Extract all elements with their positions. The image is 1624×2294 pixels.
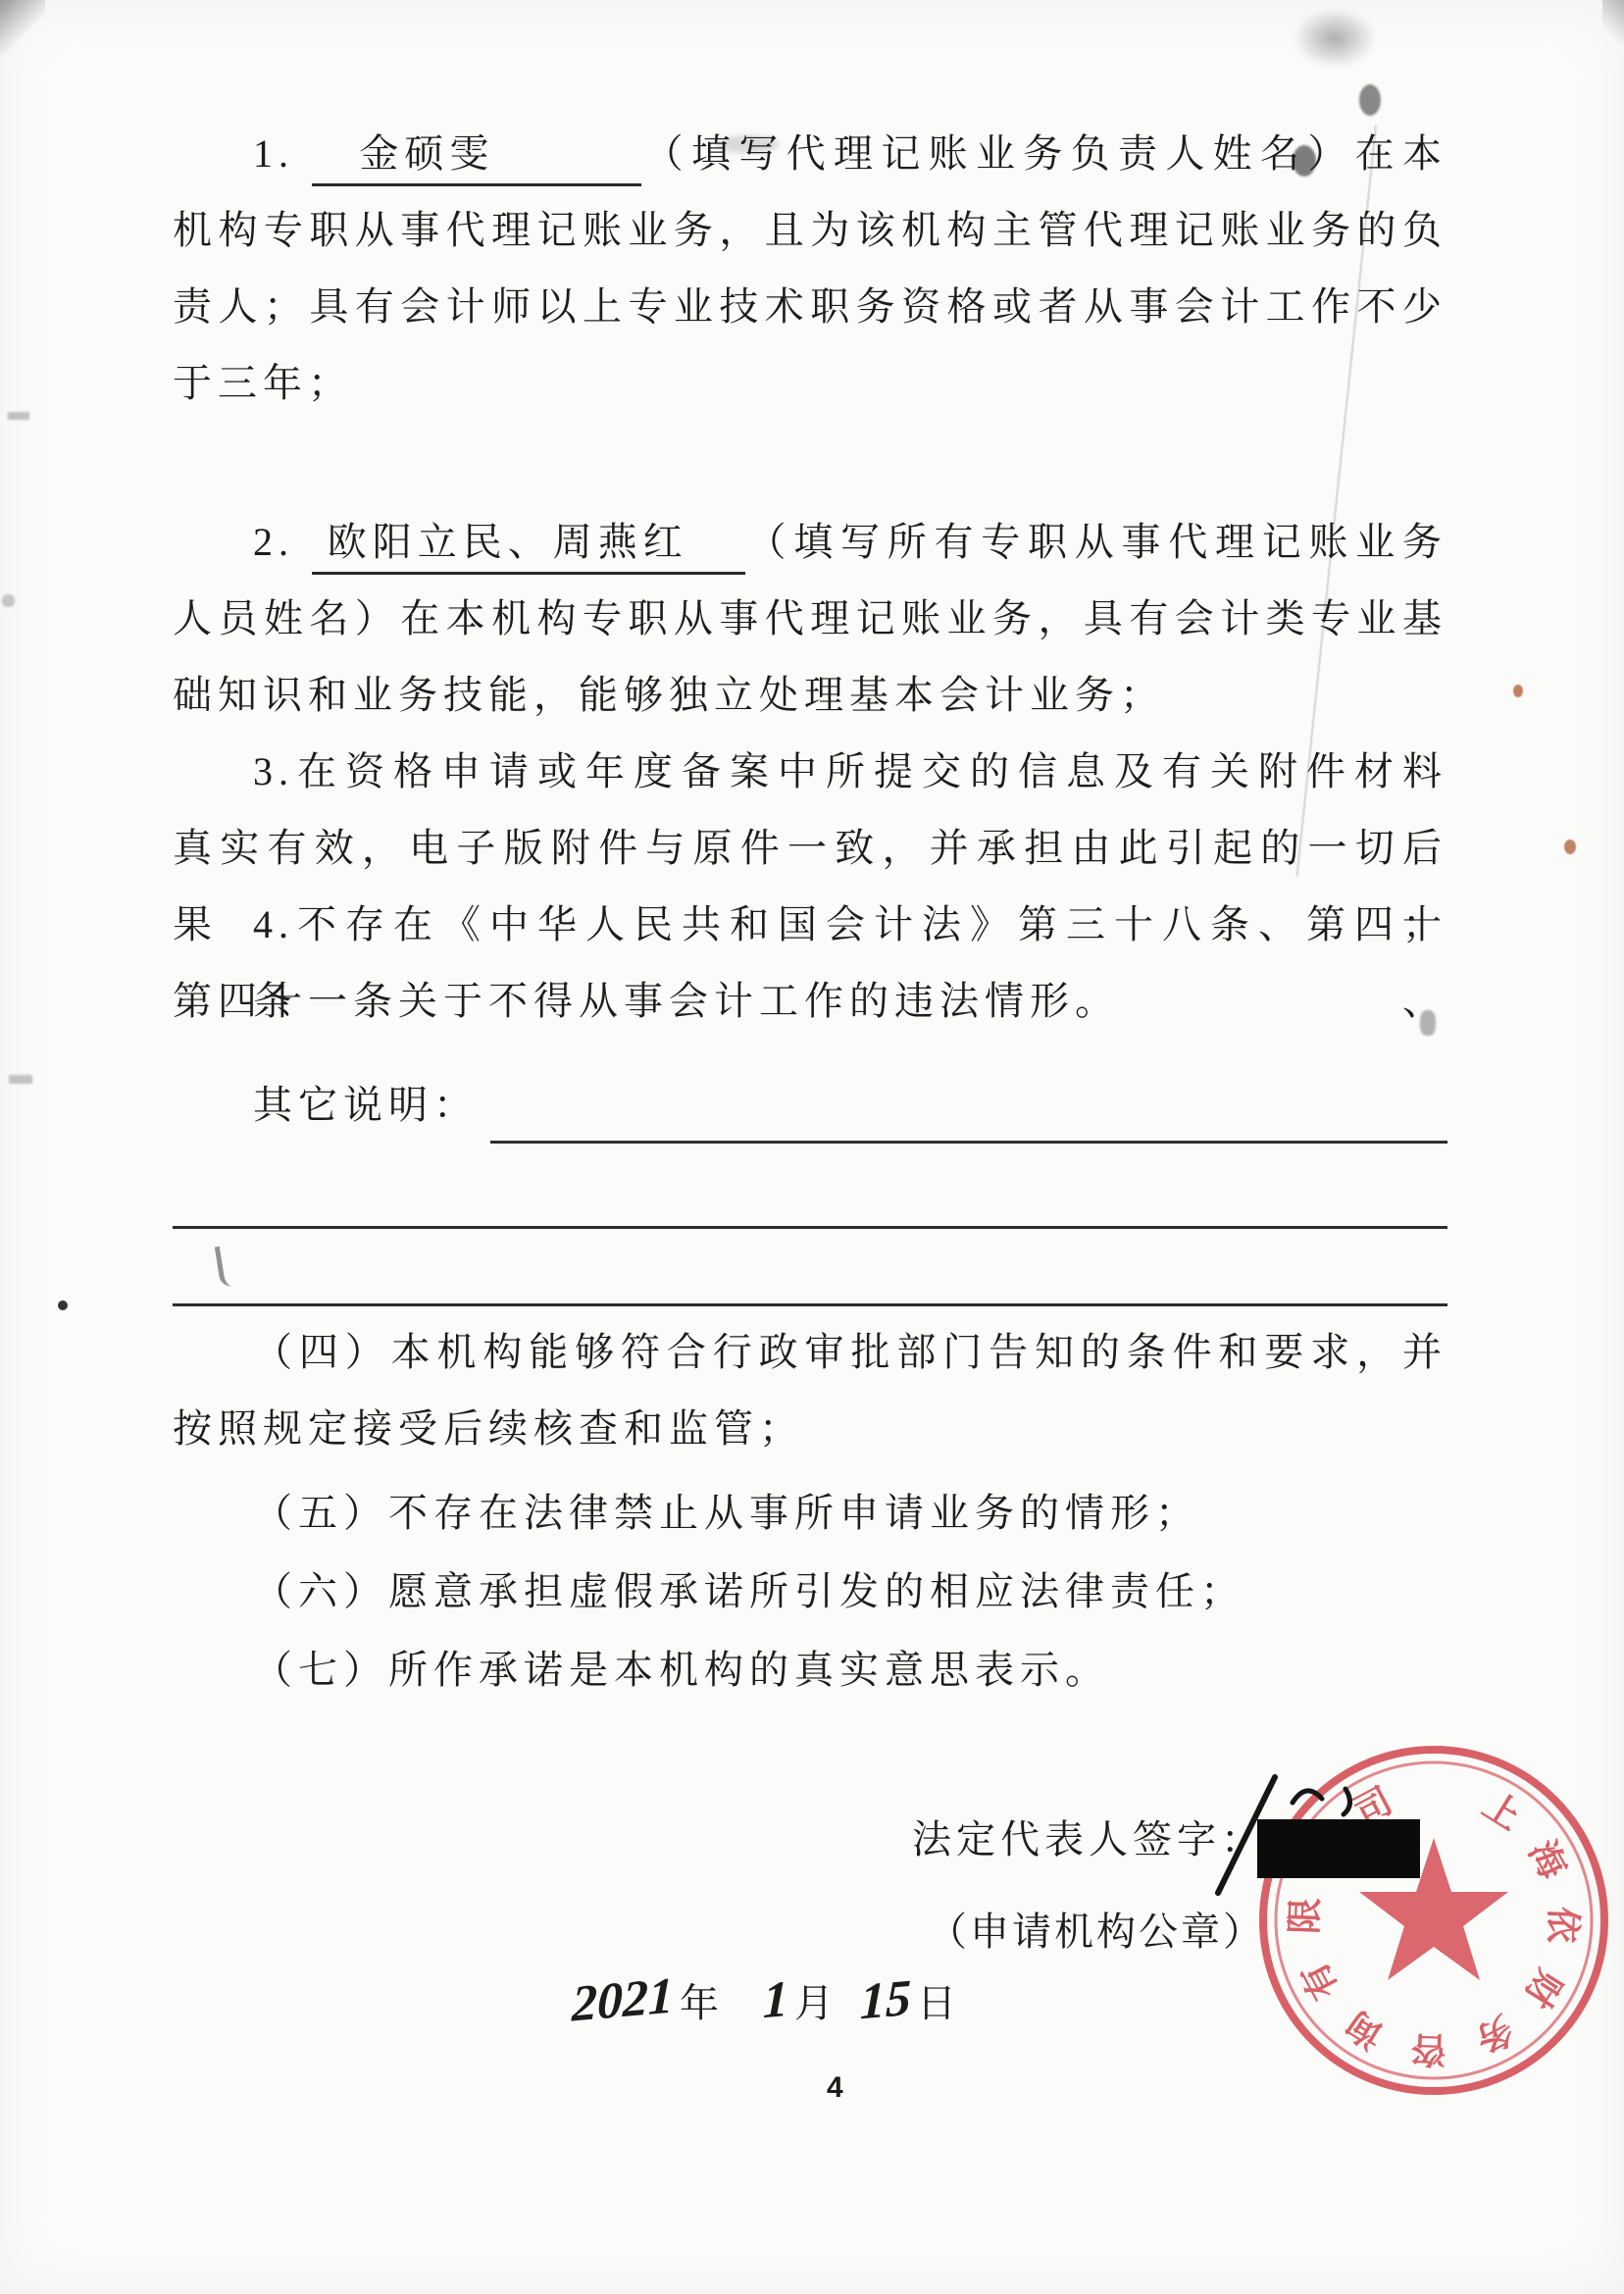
text-segment: 责人；具有会计师以上专业技术职务资格或者从事会计工作不少 <box>173 284 1447 329</box>
paragraph: 2. 欧阳立民、周燕红（填写所有专职从事代理记账业务人员姓名）在本机构专职从事代… <box>173 504 1447 734</box>
day-label: 日 <box>917 1981 959 2025</box>
body-text-line: 于三年； <box>173 345 1447 422</box>
seal-ring-character: 务 <box>1464 2004 1523 2063</box>
date-month-handwritten: 1 <box>763 1970 789 2031</box>
seal-ring-character: 财 <box>1512 1959 1572 2018</box>
text-segment: 于三年； <box>173 361 353 405</box>
text-segment: （七）所作承诺是本机构的真实意思表示。 <box>253 1648 1110 1692</box>
seal-ring-character: 海 <box>1517 1831 1576 1890</box>
filled-in-name: 金硕雯 <box>312 125 641 186</box>
body-text-line: 其它说明： <box>173 1067 1447 1144</box>
document-body: 1. 金硕雯（填写代理记账业务负责人姓名）在本机构专职从事代理记账业务，且为该机… <box>173 116 1447 1708</box>
paragraph <box>173 1157 1447 1229</box>
text-segment: 第四十一条关于不得从事会计工作的违法情形。 <box>173 979 1120 1023</box>
page-number: 4 <box>827 2071 843 2105</box>
text-segment: 础知识和业务技能，能够独立处理基本会计业务； <box>173 673 1165 717</box>
paragraph: （六）愿意承担虚假承诺所引发的相应法律责任； <box>173 1554 1447 1630</box>
rust-spot <box>1513 685 1523 697</box>
paragraph: （七）所作承诺是本机构的真实意思表示。 <box>173 1632 1447 1708</box>
body-text-line: （五）不存在法律禁止从事所申请业务的情形； <box>173 1475 1447 1552</box>
body-text-line: 3.在资格申请或年度备案中所提交的信息及有关附件材料 <box>173 734 1447 810</box>
body-text-line: 责人；具有会计师以上专业技术职务资格或者从事会计工作不少 <box>173 269 1447 345</box>
ink-blot <box>1359 84 1381 116</box>
scan-edge-mark <box>8 412 29 420</box>
scan-edge-mark <box>2 594 15 607</box>
paragraph: （四）本机构能够符合行政审批部门告知的条件和要求，并按照规定接受后续核查和监管； <box>173 1314 1447 1467</box>
text-segment: 3.在资格申请或年度备案中所提交的信息及有关附件材料 <box>253 749 1447 793</box>
text-segment: 2. <box>253 520 312 564</box>
seal-ring-character: 上 <box>1472 1782 1532 1842</box>
seal-ring-character: 询 <box>1337 1999 1396 2059</box>
body-text-line: （七）所作承诺是本机构的真实意思表示。 <box>173 1632 1447 1708</box>
text-segment: 人员姓名）在本机构专职从事代理记账业务，具有会计类专业基 <box>173 596 1447 640</box>
paragraph: 3.在资格申请或年度备案中所提交的信息及有关附件材料真实有效，电子版附件与原件一… <box>173 734 1447 887</box>
blank-underline <box>490 1078 1447 1144</box>
body-text-line: 础知识和业务技能，能够独立处理基本会计业务； <box>173 657 1447 734</box>
paragraph: （五）不存在法律禁止从事所申请业务的情形； <box>173 1475 1447 1552</box>
filled-in-name: 欧阳立民、周燕红 <box>312 513 745 575</box>
scan-edge-mark <box>9 1075 32 1084</box>
pen-dot <box>58 1300 68 1310</box>
text-segment: （填写所有专职从事代理记账业务 <box>745 520 1447 564</box>
text-segment: 按照规定接受后续核查和监管； <box>173 1406 804 1451</box>
body-text-line: 2. 欧阳立民、周燕红（填写所有专职从事代理记账业务 <box>173 504 1447 581</box>
text-segment: （四）本机构能够符合行政审批部门告知的条件和要求，并 <box>253 1330 1447 1374</box>
paragraph: 其它说明： <box>173 1067 1447 1144</box>
body-text-line: 4.不存在《中华人民共和国会计法》第三十八条、第四十条、 <box>173 887 1447 963</box>
body-text-line: 真实有效，电子版附件与原件一致，并承担由此引起的一切后果； <box>173 810 1447 887</box>
date-day-handwritten: 15 <box>860 1969 912 2032</box>
seal-ring-character: 咨 <box>1407 2025 1452 2070</box>
text-segment: 其它说明： <box>253 1067 479 1144</box>
scanned-document-page: 1. 金硕雯（填写代理记账业务负责人姓名）在本机构专职从事代理记账业务，且为该机… <box>0 0 1624 2294</box>
body-text-line: 1. 金硕雯（填写代理记账业务负责人姓名）在本 <box>173 116 1447 192</box>
seal-ring-character: 有 <box>1292 1951 1350 2010</box>
month-label: 月 <box>794 1981 837 2025</box>
body-text-line: （四）本机构能够符合行政审批部门告知的条件和要求，并 <box>173 1314 1447 1391</box>
handwritten-date: 2021年1月15日 <box>572 1971 959 2029</box>
blank-rule-line <box>173 1157 1447 1229</box>
blank-rule-line <box>173 1235 1447 1306</box>
body-text-line: （六）愿意承担虚假承诺所引发的相应法律责任； <box>173 1554 1447 1630</box>
text-segment: 1. <box>253 131 312 176</box>
paragraph: 1. 金硕雯（填写代理记账业务负责人姓名）在本机构专职从事代理记账业务，且为该机… <box>173 116 1447 422</box>
body-text-line: 人员姓名）在本机构专职从事代理记账业务，具有会计类专业基 <box>173 581 1447 657</box>
body-text-line: 按照规定接受后续核查和监管； <box>173 1391 1447 1467</box>
scan-corner-shadow <box>0 0 45 55</box>
paragraph: 4.不存在《中华人民共和国会计法》第三十八条、第四十条、第四十一条关于不得从事会… <box>173 887 1447 1040</box>
text-segment: （填写代理记账业务负责人姓名）在本 <box>641 131 1447 176</box>
scan-corner-shadow <box>1602 0 1624 49</box>
year-label: 年 <box>680 1981 722 2025</box>
redaction-box <box>1257 1819 1420 1878</box>
text-segment: 机构专职从事代理记账业务，且为该机构主管代理记账业务的负 <box>173 208 1447 252</box>
date-year-handwritten: 2021 <box>572 1966 675 2033</box>
scan-stain <box>1293 8 1377 69</box>
body-text-line: 机构专职从事代理记账业务，且为该机构主管代理记账业务的负 <box>173 192 1447 269</box>
text-segment: （六）愿意承担虚假承诺所引发的相应法律责任； <box>253 1569 1245 1613</box>
rust-spot <box>1564 840 1576 854</box>
paragraph <box>173 1235 1447 1306</box>
seal-ring-character: 依 <box>1539 1903 1584 1948</box>
text-segment: （五）不存在法律禁止从事所申请业务的情形； <box>253 1491 1200 1535</box>
